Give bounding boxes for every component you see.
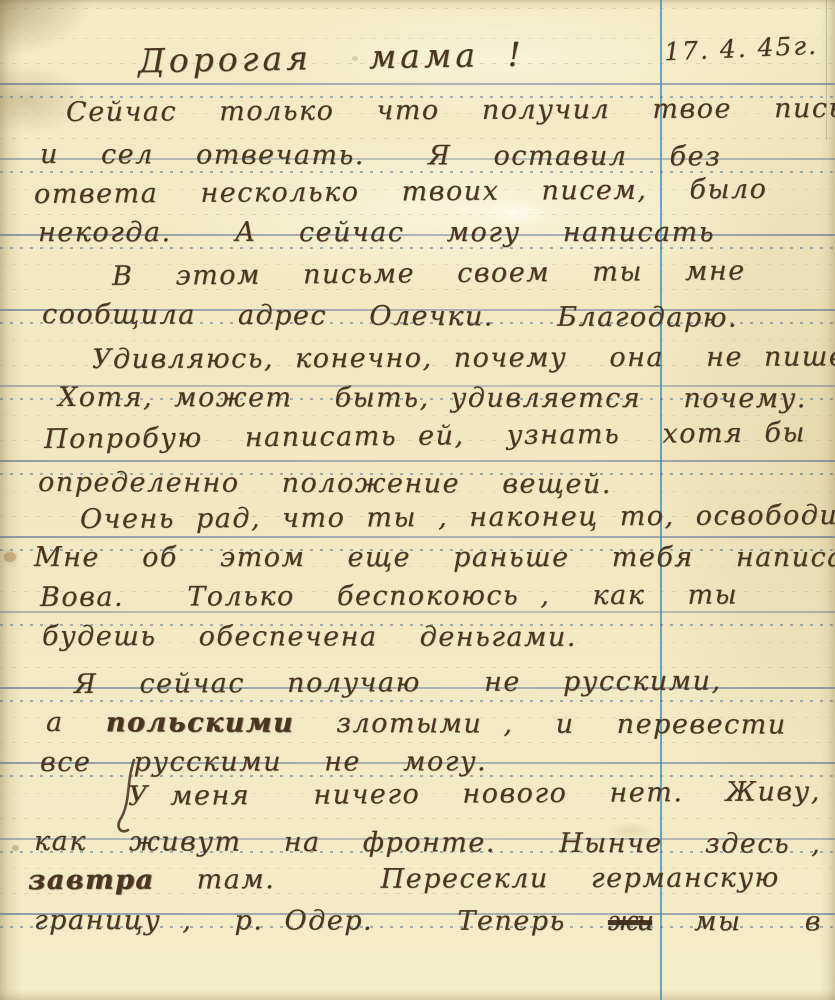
manuscript-text: границу , р. Одер. Теперь <box>34 905 608 937</box>
ruled-line <box>0 460 835 462</box>
manuscript-line: границу , р. Одер. Теперь жи мы в <box>34 905 822 937</box>
manuscript-line: как живут на фронте. Нынче здесь , <box>34 826 821 860</box>
age-stain <box>4 552 16 562</box>
manuscript-line: определенно положение вещей. <box>38 467 612 500</box>
ruled-line <box>0 536 835 538</box>
manuscript-line: все русскими не могу. <box>40 746 487 778</box>
manuscript-line: Хотя, может быть, удивляется почему. <box>58 382 807 414</box>
manuscript-line: завтра там. Пересекли германскую <box>28 862 780 896</box>
manuscript-text: злотыми , и перевести <box>294 708 787 741</box>
letter-page: 17. 4. 45г. Дорогая мама ! Сейчас только… <box>0 0 835 1000</box>
manuscript-text: а <box>46 707 106 738</box>
manuscript-line: а польскими злотыми , и перевести <box>46 707 787 741</box>
manuscript-line: будешь обеспечена деньгами. <box>42 621 577 653</box>
manuscript-text: мы в <box>652 906 822 937</box>
ruled-line <box>0 818 835 819</box>
age-stain <box>12 845 19 851</box>
ruled-line <box>0 214 835 215</box>
manuscript-line: У меня ничего нового нет. Живу, <box>128 776 821 812</box>
manuscript-line: В этом письме своем ты мне <box>112 255 746 292</box>
manuscript-text: там. Пересекли германскую <box>154 862 779 895</box>
letter-salutation: Дорогая мама ! <box>138 35 525 81</box>
manuscript-line: сообщила адрес Олечки. Благодарю. <box>42 299 738 334</box>
manuscript-line: Вова. Только беспокоюсь , как ты <box>40 580 738 613</box>
ruled-line <box>0 83 835 85</box>
ruled-line <box>0 700 835 702</box>
manuscript-line: Я сейчас получаю не русскими, <box>74 666 722 700</box>
manuscript-line: Мне об этом еще раньше тебя написал <box>34 542 835 573</box>
manuscript-line: Очень рад, что ты , наконец то, освободи… <box>80 500 835 535</box>
overwritten-word: завтра <box>28 865 155 896</box>
manuscript-line: Сейчас только что получил твое письмо <box>66 93 835 128</box>
ruled-line <box>0 415 835 416</box>
overwritten-word: польскими <box>106 707 294 739</box>
manuscript-line: и сел отвечать. Я оставил без <box>40 139 721 172</box>
ruled-line <box>0 8 835 9</box>
ruled-line <box>0 742 835 743</box>
crossed-out-word: жи <box>608 906 652 937</box>
manuscript-line: Удивляюсь, конечно, почему она не пишет. <box>92 341 835 375</box>
manuscript-line: Попробую написать ей, узнать хотя бы <box>44 417 806 455</box>
letter-date: 17. 4. 45г. <box>663 31 818 67</box>
manuscript-line: некогда. А сейчас могу написать <box>38 217 715 248</box>
manuscript-line: ответа несколько твоих писем, было <box>34 174 768 210</box>
